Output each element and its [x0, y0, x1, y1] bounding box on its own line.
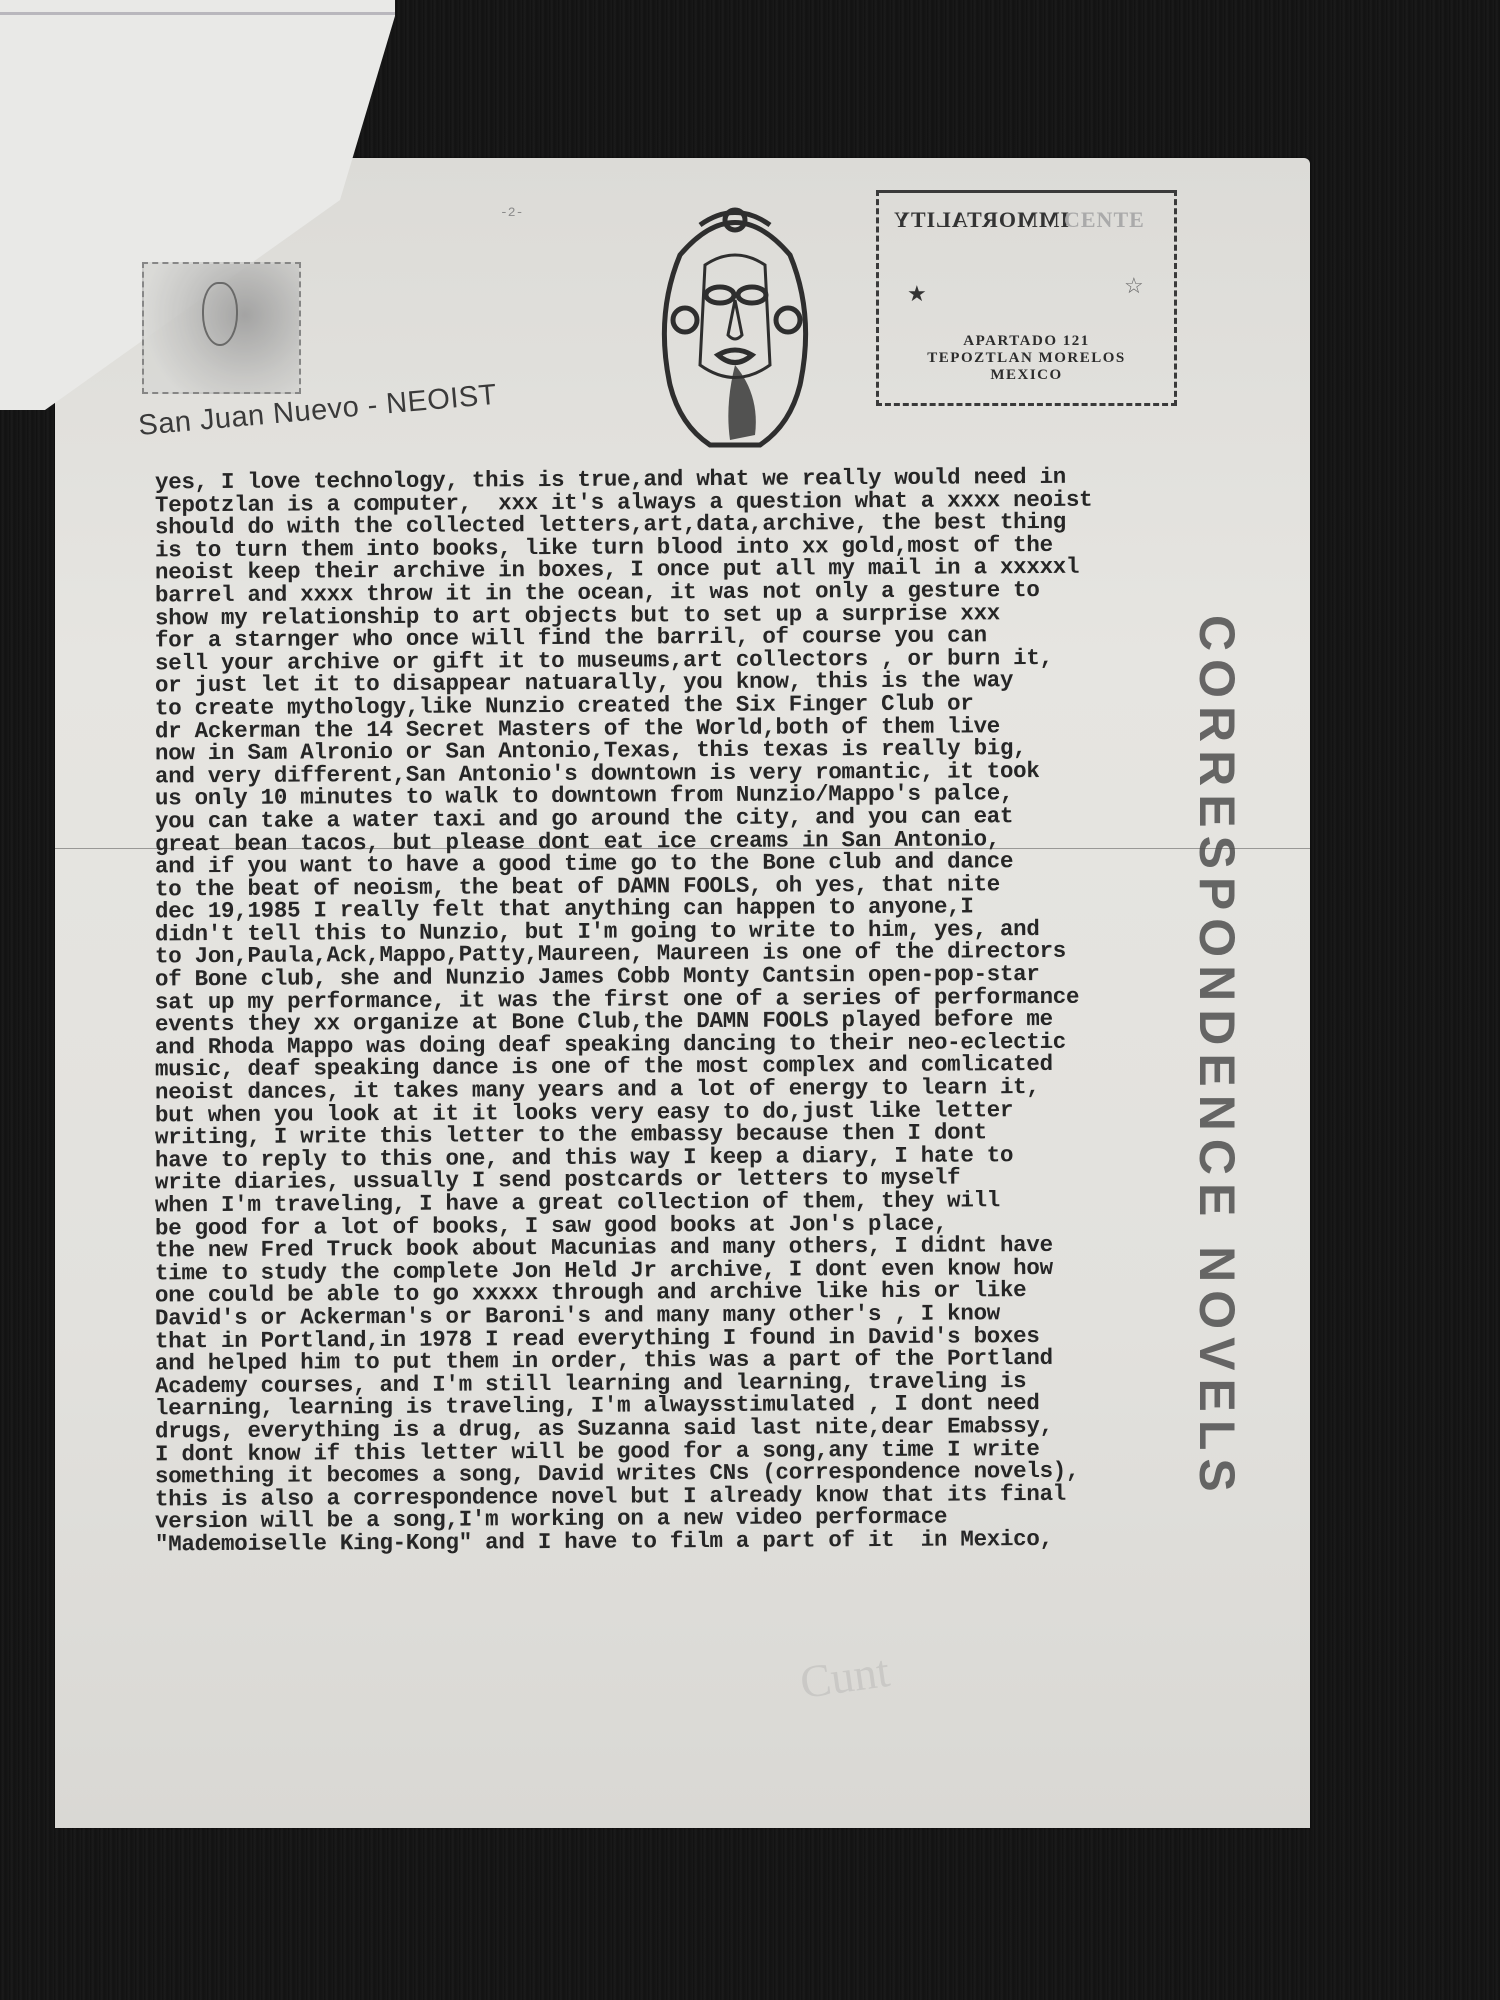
envelope-edge: [0, 12, 395, 15]
address-line: MEXICO: [879, 367, 1174, 384]
address-line: APARTADO 121: [879, 333, 1174, 350]
portrait-stamp-icon: [142, 262, 301, 394]
postal-stamp-title-faint: CENTE: [1064, 207, 1145, 233]
star-icon: ★: [907, 281, 927, 307]
page-number: -2-: [500, 205, 523, 220]
aztec-mask-icon: [640, 195, 830, 455]
correspondence-novels-stamp: CORRESPONDENCE NOVELS: [1192, 615, 1242, 1500]
letter-body: yes, I love technology, this is true,and…: [155, 468, 1275, 1553]
postal-stamp-title: IMMORTALITY: [893, 207, 1069, 233]
postal-stamp: IMMORTALITY CENTE ★ ☆ APARTADO 121 TEPOZ…: [876, 190, 1177, 406]
star-icon: ☆: [1124, 273, 1144, 299]
address-line: TEPOZTLAN MORELOS: [879, 350, 1174, 367]
postal-stamp-address: APARTADO 121 TEPOZTLAN MORELOS MEXICO: [879, 333, 1174, 384]
letter-line: "Mademoiselle King-Kong" and I have to f…: [155, 1526, 1275, 1555]
face-icon: [202, 282, 238, 346]
